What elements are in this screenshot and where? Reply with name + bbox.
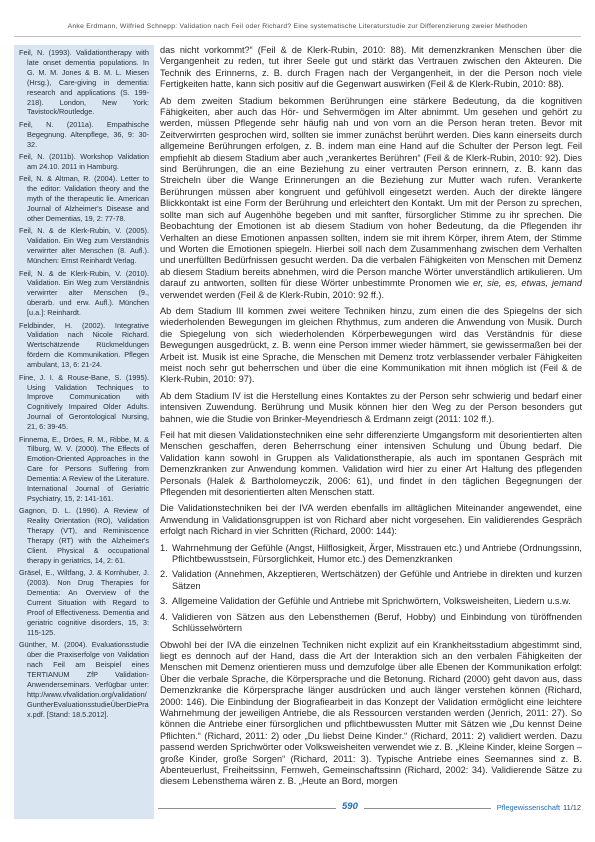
paragraph-text: verwendet werden (Feil & de Klerk-Rubin,…: [160, 290, 384, 300]
references-sidebar: Feil, N. (1993). Validationtherapy with …: [14, 45, 154, 819]
running-header: Anke Erdmann, Wilfried Schnepp: Validati…: [14, 23, 581, 31]
paragraph-text: Ab dem zweiten Stadium bekommen Berührun…: [160, 96, 582, 289]
step-text: Wahrnehmung der Gefühle (Angst, Hilflosi…: [172, 543, 582, 564]
page-number: 590: [336, 801, 364, 812]
body-paragraph: Obwohl bei der IVA die einzelnen Technik…: [160, 640, 582, 788]
body-paragraph: Ab dem zweiten Stadium bekommen Berührun…: [160, 96, 582, 301]
header-rule: [14, 36, 581, 37]
step-text: Validieren von Sätzen aus den Lebensthem…: [172, 612, 582, 633]
step-text: Allgemeine Validation der Gefühle und An…: [172, 596, 571, 606]
reference-entry: Feil, N. (2011b). Workshop Validation am…: [19, 152, 149, 172]
reference-entry: Gagnon, D. L. (1996). A Review of Realit…: [19, 506, 149, 565]
step-number: 3.: [160, 596, 172, 607]
reference-entry: Gräsel, E., Wiltfang, J. & Kornhuber, J.…: [19, 568, 149, 637]
body-paragraph: Die Validationstechniken bei der IVA wer…: [160, 503, 582, 537]
body-paragraph: das nicht vorkommt?“ (Feil & de Klerk-Ru…: [160, 45, 582, 91]
body-paragraph: Ab dem Stadium IV ist die Herstellung ei…: [160, 391, 582, 425]
reference-entry: Feil, N. & de Klerk-Rubin, V. (2010). Va…: [19, 269, 149, 319]
reference-entry: Feil, N. (2011a). Empathische Begegnung.…: [19, 120, 149, 150]
validation-step-item: 1.Wahrnehmung der Gefühle (Angst, Hilflo…: [160, 543, 582, 566]
validation-step-item: 4.Validieren von Sätzen aus den Lebensth…: [160, 612, 582, 635]
step-number: 4.: [160, 612, 172, 623]
reference-entry: Günther, M. (2004). Evaluationsstudie üb…: [19, 640, 149, 719]
reference-entry: Feil, N. & de Klerk-Rubin, V. (2005). Va…: [19, 226, 149, 266]
validation-step-item: 3.Allgemeine Validation der Gefühle und …: [160, 596, 582, 607]
body-paragraph: Ab dem Stadium III kommen zwei weitere T…: [160, 306, 582, 386]
reference-entry: Fine, J. I. & Rouse-Bane, S. (1995). Usi…: [19, 373, 149, 432]
journal-name: Pflegewissenschaft: [497, 803, 560, 812]
reference-entry: Feldbinder, H. (2002). Integrative Valid…: [19, 321, 149, 371]
step-text: Validation (Annehmen, Akzeptieren, Werts…: [172, 569, 582, 590]
reference-entry: Feil, N. & Altman, R. (2004). Letter to …: [19, 174, 149, 224]
article-body: das nicht vorkommt?“ (Feil & de Klerk-Ru…: [160, 45, 582, 793]
emphasized-pronouns: er, sie, es, etwas, jemand: [473, 278, 582, 288]
reference-entry: Feil, N. (1993). Validationtherapy with …: [19, 48, 149, 117]
validation-steps-list: 1.Wahrnehmung der Gefühle (Angst, Hilflo…: [160, 543, 582, 635]
body-paragraph: Feil hat mit diesen Validationstechniken…: [160, 430, 582, 498]
journal-footer: Pflegewissenschaft11/12: [491, 803, 581, 812]
step-number: 1.: [160, 543, 172, 554]
reference-entry: Finnema, E., Dröes, R. M., Ribbe, M. & T…: [19, 435, 149, 504]
paper-page: Anke Erdmann, Wilfried Schnepp: Validati…: [0, 0, 595, 842]
validation-step-item: 2.Validation (Annehmen, Akzeptieren, Wer…: [160, 569, 582, 592]
step-number: 2.: [160, 569, 172, 580]
journal-issue: 11/12: [563, 803, 581, 812]
